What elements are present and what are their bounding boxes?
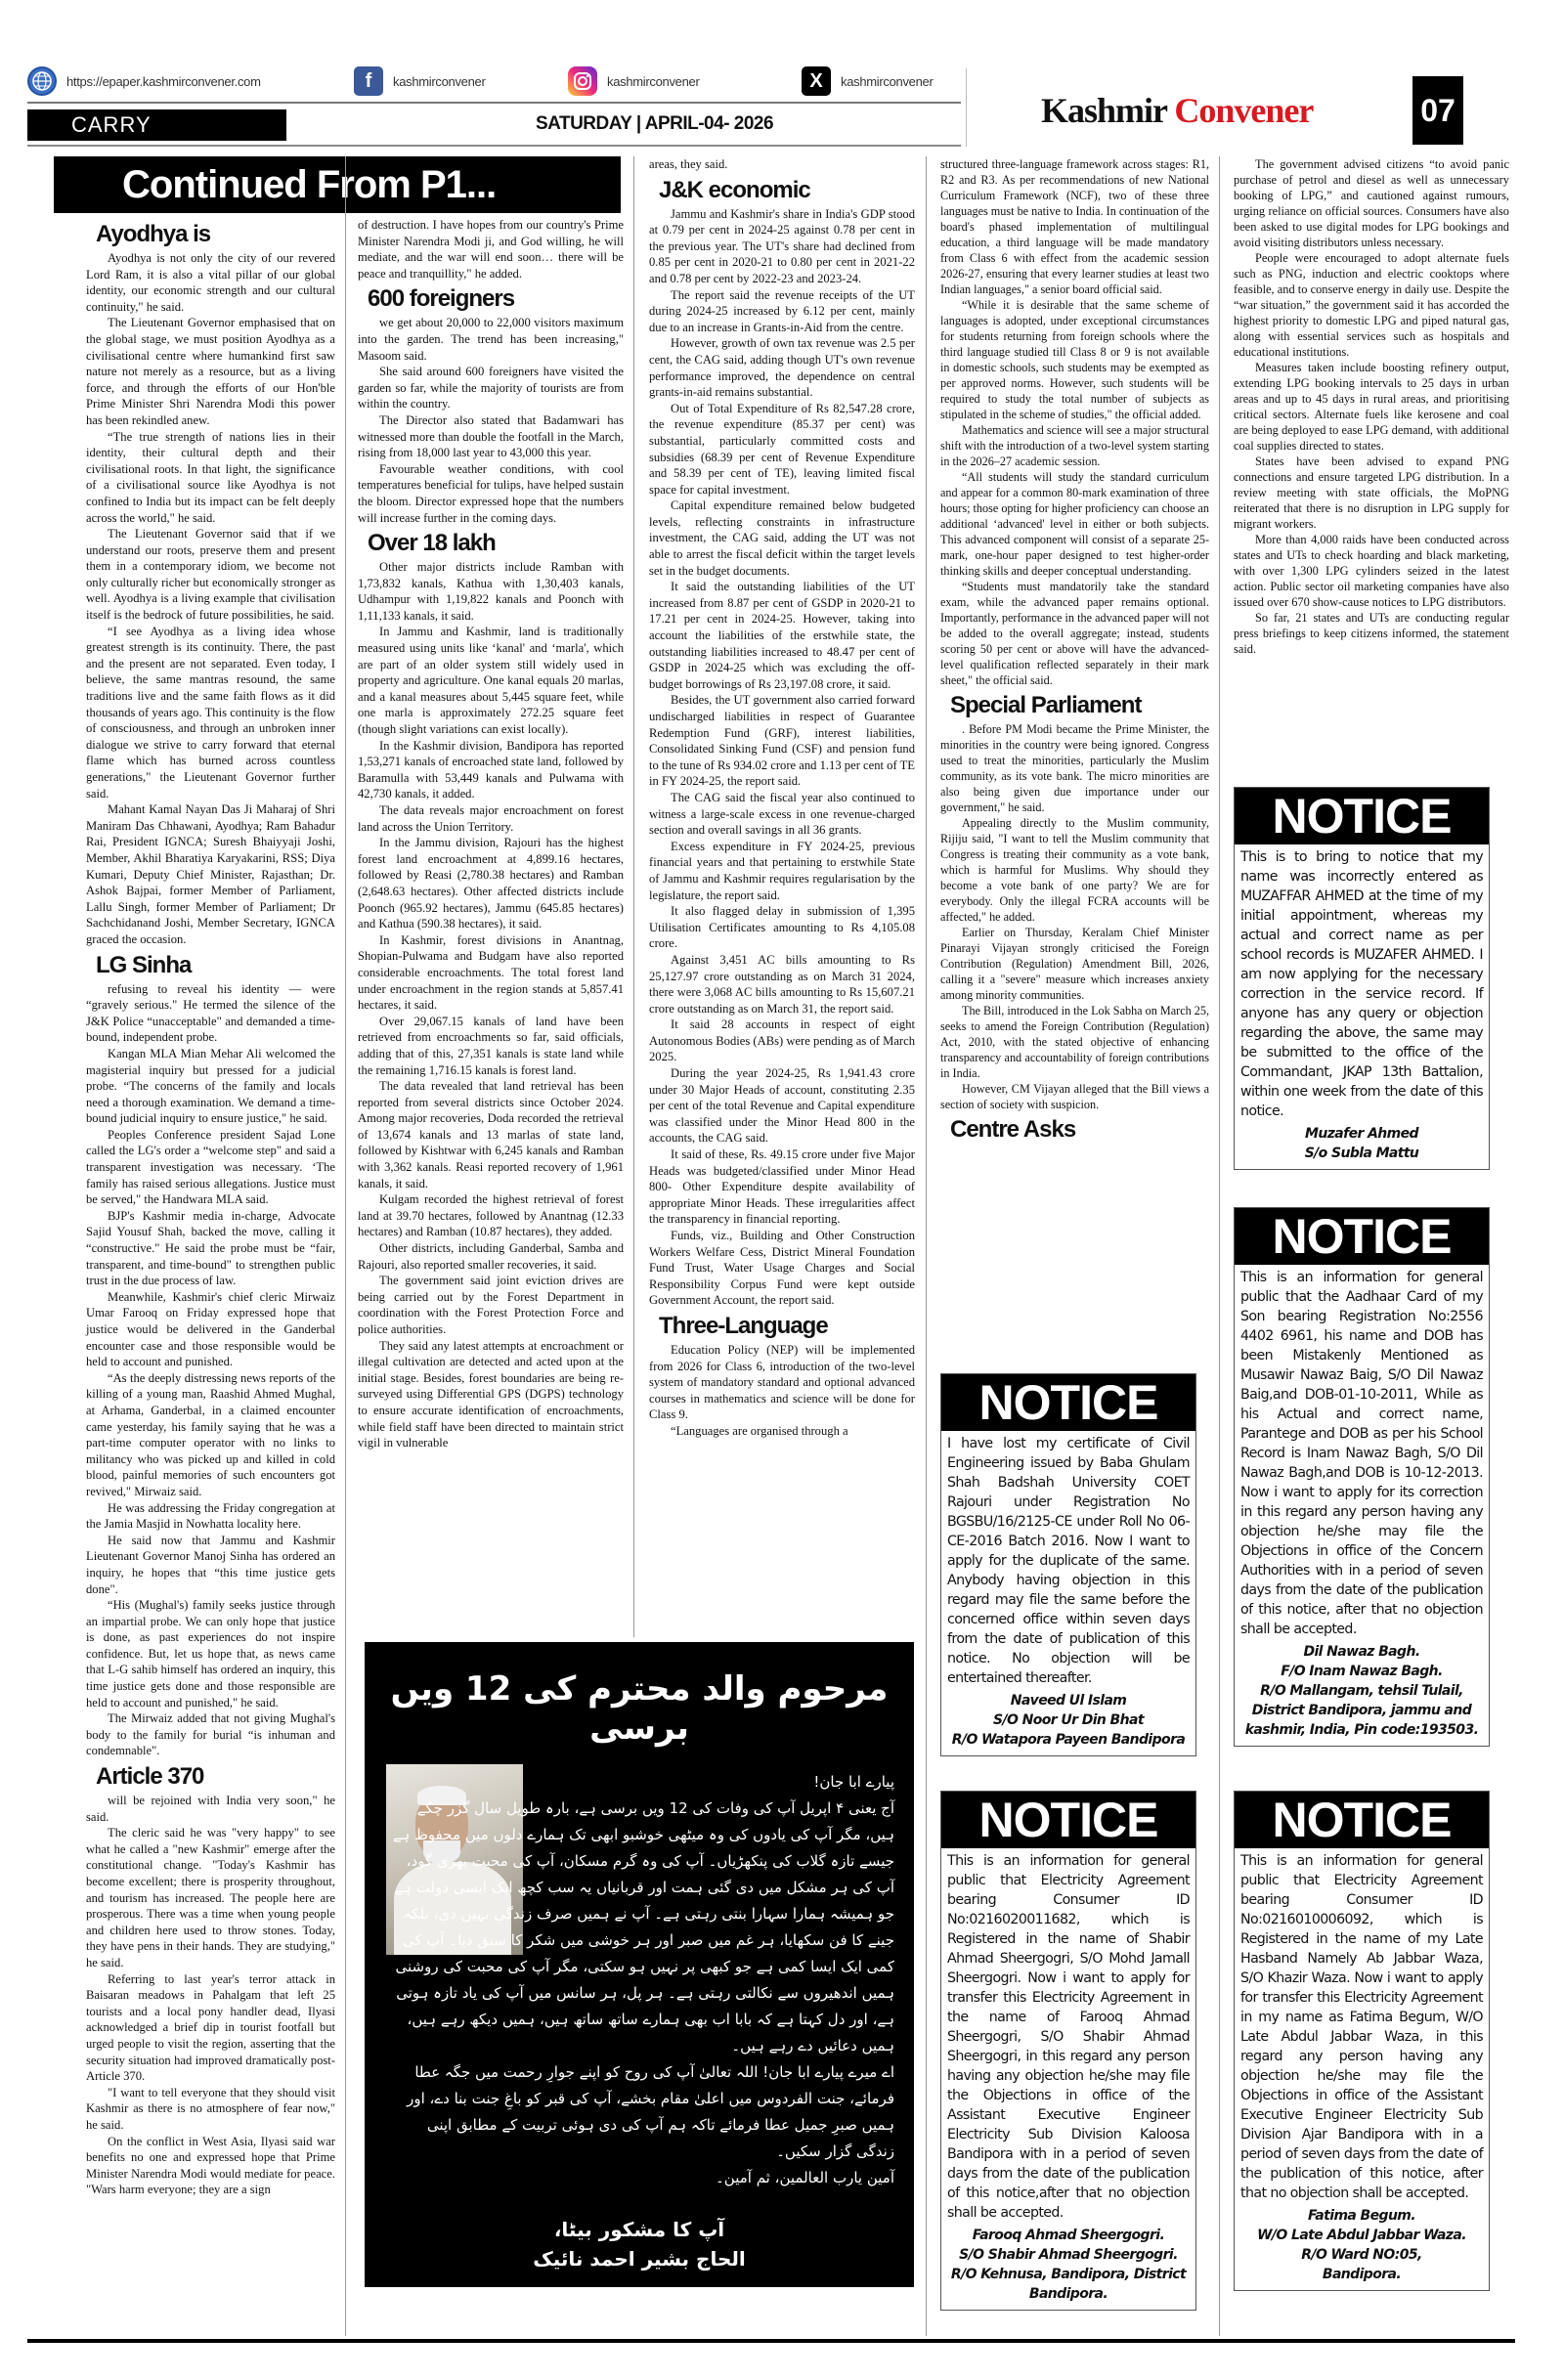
signature-line: Bandipora. [1238,2265,1485,2284]
signature-line: R/O Mallangam, tehsil Tulail, [1238,1681,1485,1701]
article-paragraph: He said now that Jammu and Kashmir Lieut… [86,1533,335,1597]
signature-line: R/O Watapora Payeen Bandipora [945,1730,1192,1750]
website-link[interactable]: https://epaper.kashmirconvener.com [27,66,330,96]
article-paragraph: Out of Total Expenditure of Rs 82,547.28… [649,401,915,498]
article-paragraph: Against 3,451 AC bills amounting to Rs 2… [649,952,915,1017]
article-paragraph: will be rejoined with India very soon," … [86,1793,335,1825]
signature-line: F/O Inam Nawaz Bagh. [1238,1662,1485,1681]
urdu-sign-name: الحاج بشیر احمد نائیک [365,2244,914,2273]
website-url: https://epaper.kashmirconvener.com [66,74,261,89]
article-paragraph: On the conflict in West Asia, Ilyasi sai… [86,2134,335,2198]
heading-ayodhya: Ayodhya is [96,221,335,248]
section-tag: CARRY [27,109,286,141]
notice-title: NOTICE [1235,1792,1489,1848]
heading-centre-asks: Centre Asks [950,1116,1209,1144]
masthead-convener: Convener [1174,91,1313,130]
article-paragraph: In Jammu and Kashmir, land is traditiona… [358,624,624,737]
article-paragraph: Meanwhile, Kashmir's chief cleric Mirwai… [86,1289,335,1370]
article-paragraph: The data revealed that land retrieval ha… [358,1078,624,1191]
article-paragraph: The report said the revenue receipts of … [649,287,915,336]
article-paragraph: Referring to last year's terror attack i… [86,1971,335,2085]
header-divider [966,68,967,147]
column-divider [926,156,927,2336]
article-paragraph: . Before PM Modi became the Prime Minist… [940,721,1209,815]
column-1: Ayodhya is Ayodhya is not only the city … [86,217,335,2198]
notice-electricity-transfer-2: NOTICE This is an information for genera… [1234,1791,1490,2291]
article-paragraph: Funds, viz., Building and Other Construc… [649,1228,915,1309]
article-paragraph: refusing to reveal his identity — were “… [86,981,335,1046]
article-paragraph: The Director also stated that Badamwari … [358,412,624,461]
article-paragraph: During the year 2024-25, Rs 1,941.43 cro… [649,1065,915,1147]
urdu-ad-signature: آپ کا مشکور بیٹا، الحاج بشیر احمد نائیک [365,2215,914,2273]
column-2: of destruction. I have hopes from our co… [358,217,624,1451]
notice-aadhaar-correction: NOTICE This is an information for genera… [1234,1207,1490,1747]
notice-body: This is an information for general publi… [1235,1265,1489,1642]
notice-body: This is an information for general publi… [941,1848,1195,2226]
article-paragraph: “The true strength of nations lies in th… [86,429,335,527]
article-paragraph: Measures taken include boosting refinery… [1234,360,1509,454]
notice-signature: Farooq Ahmad Sheergogri. S/O Shabir Ahma… [941,2226,1195,2310]
article-paragraph: BJP's Kashmir media in-charge, Advocate … [86,1208,335,1289]
column-3: areas, they said. J&K economic Jammu and… [649,156,915,1440]
signature-line: kashmir, India, Pin code:193503. [1238,1720,1485,1740]
urdu-greeting: پیارے ابا جان! [386,1769,894,1796]
notice-signature: Naveed Ul Islam S/O Noor Ur Din Bhat R/O… [941,1691,1195,1755]
facebook-icon: f [354,66,383,96]
heading-600-foreigners: 600 foreigners [368,285,624,313]
column-divider [1219,156,1220,2336]
column-divider [345,156,346,2336]
x-link[interactable]: X kashmirconvener [802,66,934,96]
x-handle: kashmirconvener [841,74,934,89]
notice-title: NOTICE [1235,1208,1489,1265]
article-paragraph: structured three-language framework acro… [940,156,1209,297]
column-4: structured three-language framework acro… [940,156,1209,1146]
article-paragraph: we get about 20,000 to 22,000 visitors m… [358,315,624,364]
article-paragraph: The Mirwaiz added that not giving Mughal… [86,1710,335,1759]
urdu-paragraph: آمین یارب العالمین، ثم آمین۔ [386,2165,894,2191]
article-paragraph: “All students will study the standard cu… [940,469,1209,579]
article-paragraph: It also flagged delay in submission of 1… [649,903,915,952]
article-paragraph: Ayodhya is not only the city of our reve… [86,250,335,315]
article-paragraph: The government said joint eviction drive… [358,1273,624,1337]
article-paragraph: of destruction. I have hopes from our co… [358,217,624,281]
notice-name-correction: NOTICE This is to bring to notice that m… [1234,787,1490,1170]
instagram-handle: kashmirconvener [607,74,700,89]
facebook-link[interactable]: f kashmirconvener [354,66,544,96]
article-paragraph: Kangan MLA Mian Mehar Ali welcomed the m… [86,1046,335,1127]
notice-title: NOTICE [941,1792,1195,1848]
signature-line: Muzafer Ahmed [1238,1124,1485,1144]
article-paragraph: She said around 600 foreigners have visi… [358,364,624,412]
article-paragraph: “Languages are organised through a [649,1423,915,1440]
urdu-paragraph: آج یعنی ۴ اپریل آپ کی وفات کی 12 ویں برس… [386,1796,894,2059]
notice-signature: Muzafer Ahmed S/o Subla Mattu [1235,1124,1489,1169]
notice-title: NOTICE [941,1374,1195,1431]
article-paragraph: The Bill, introduced in the Lok Sabha on… [940,1003,1209,1081]
heading-jk-economic: J&K economic [659,177,915,204]
article-paragraph: The government advised citizens “to avoi… [1234,156,1509,250]
heading-over-18-lakh: Over 18 lakh [368,530,624,557]
section-bar: CARRY SATURDAY | APRIL-04- 2026 [27,108,961,147]
article-paragraph: Favourable weather conditions, with cool… [358,461,624,526]
article-paragraph: In Kashmir, forest divisions in Anantnag… [358,932,624,1014]
signature-line: W/O Late Abdul Jabbar Waza. [1238,2226,1485,2245]
signature-line: Fatima Begum. [1238,2206,1485,2226]
heading-three-language: Three-Language [659,1313,915,1340]
dateline: SATURDAY | APRIL-04- 2026 [536,113,773,135]
notice-body: This is an information for general publi… [1235,1848,1489,2206]
social-links-bar: https://epaper.kashmirconvener.com f kas… [27,61,961,104]
masthead-kashmir: Kashmir [1041,91,1166,130]
notice-title: NOTICE [1235,788,1489,844]
signature-line: District Bandipora, jammu and [1238,1701,1485,1720]
article-paragraph: Over 29,067.15 kanals of land have been … [358,1014,624,1078]
column-divider [633,156,634,1637]
article-paragraph: “His (Mughal's) family seeks justice thr… [86,1597,335,1710]
article-paragraph: Other districts, including Ganderbal, Sa… [358,1240,624,1273]
article-paragraph: Earlier on Thursday, Keralam Chief Minis… [940,925,1209,1003]
facebook-handle: kashmirconvener [393,74,486,89]
article-paragraph: States have been advised to expand PNG c… [1234,454,1509,532]
urdu-ad-body: پیارے ابا جان! آج یعنی ۴ اپریل آپ کی وفا… [386,1769,894,2191]
heading-lg-sinha: LG Sinha [96,952,335,979]
article-paragraph: Education Policy (NEP) will be implement… [649,1342,915,1423]
column-5: The government advised citizens “to avoi… [1234,156,1509,657]
urdu-sign-line: آپ کا مشکور بیٹا، [365,2215,914,2244]
article-paragraph: “As the deeply distressing news reports … [86,1370,335,1500]
article-paragraph: areas, they said. [649,156,915,173]
article-paragraph: He was addressing the Friday congregatio… [86,1500,335,1533]
article-paragraph: Peoples Conference president Sajad Lone … [86,1127,335,1208]
article-paragraph: "I want to tell everyone that they shoul… [86,2085,335,2134]
instagram-link[interactable]: kashmirconvener [568,66,778,96]
notice-signature: Dil Nawaz Bagh. F/O Inam Nawaz Bagh. R/O… [1235,1642,1489,1746]
x-icon: X [802,66,831,96]
globe-icon [27,66,57,96]
article-paragraph: The cleric said he was "very happy" to s… [86,1825,335,1970]
article-paragraph: They said any latest attempts at encroac… [358,1338,624,1451]
signature-line: Naveed Ul Islam [945,1691,1192,1710]
article-paragraph: Excess expenditure in FY 2024-25, previo… [649,839,915,903]
article-paragraph: In the Jammu division, Rajouri has the h… [358,835,624,932]
page-bottom-rule [27,2339,1515,2343]
signature-line: Dil Nawaz Bagh. [1238,1642,1485,1662]
article-paragraph: More than 4,000 raids have been conducte… [1234,532,1509,610]
article-paragraph: “While it is desirable that the same sch… [940,297,1209,422]
notice-body: This is to bring to notice that my name … [1235,844,1489,1124]
heading-special-parliament: Special Parliament [950,692,1209,719]
heading-article-370: Article 370 [96,1763,335,1791]
instagram-icon [568,66,597,96]
article-paragraph: It said the outstanding liabilities of t… [649,579,915,692]
urdu-paragraph: اے میرے پیارے ابا جان! اللہ تعالیٰ آپ کی… [386,2059,894,2165]
notice-signature: Fatima Begum. W/O Late Abdul Jabbar Waza… [1235,2206,1489,2290]
signature-line: S/o Subla Mattu [1238,1144,1485,1163]
article-paragraph: The Lieutenant Governor said that if we … [86,526,335,624]
urdu-memorial-ad: مرحوم والد محترم کی 12 ویں برسی پیارے اب… [365,1642,914,2287]
article-paragraph: “I see Ayodhya as a living idea whose gr… [86,624,335,802]
article-paragraph: Appealing directly to the Muslim communi… [940,815,1209,925]
signature-line: Farooq Ahmad Sheergogri. [945,2226,1192,2245]
article-paragraph: Kulgam recorded the highest retrieval of… [358,1191,624,1240]
continued-banner: Continued From P1... [54,156,621,213]
article-paragraph: Mathematics and science will see a major… [940,422,1209,469]
article-paragraph: The CAG said the fiscal year also contin… [649,790,915,839]
article-paragraph: Jammu and Kashmir's share in India's GDP… [649,206,915,287]
signature-line: Bandipora. [945,2284,1192,2304]
article-paragraph: It said 28 accounts in respect of eight … [649,1017,915,1065]
article-paragraph: The Lieutenant Governor emphasised that … [86,315,335,428]
article-paragraph: It said of these, Rs. 49.15 crore under … [649,1147,915,1228]
notice-lost-certificate: NOTICE I have lost my certificate of Civ… [940,1373,1196,1756]
urdu-ad-title: مرحوم والد محترم کی 12 ویں برسی [365,1669,914,1748]
article-paragraph: The data reveals major encroachment on f… [358,802,624,835]
notice-body: I have lost my certificate of Civil Engi… [941,1431,1195,1691]
notice-electricity-transfer-1: NOTICE This is an information for genera… [940,1791,1196,2311]
article-paragraph: Other major districts include Ramban wit… [358,559,624,624]
article-paragraph: So far, 21 states and UTs are conducting… [1234,610,1509,657]
article-paragraph: However, growth of own tax revenue was 2… [649,335,915,400]
masthead-logo: Kashmir Convener [1041,90,1313,131]
article-paragraph: Capital expenditure remained below budge… [649,498,915,579]
article-paragraph: Besides, the UT government also carried … [649,692,915,790]
signature-line: S/O Noor Ur Din Bhat [945,1710,1192,1730]
signature-line: R/O Kehnusa, Bandipora, District [945,2265,1192,2284]
article-paragraph: Mahant Kamal Nayan Das Ji Maharaj of Shr… [86,801,335,947]
article-paragraph: People were encouraged to adopt alternat… [1234,250,1509,360]
signature-line: R/O Ward NO:05, [1238,2245,1485,2265]
signature-line: S/O Shabir Ahmad Sheergogri. [945,2245,1192,2265]
article-paragraph: However, CM Vijayan alleged that the Bil… [940,1081,1209,1112]
page-number: 07 [1412,76,1463,145]
article-paragraph: In the Kashmir division, Bandipora has r… [358,738,624,802]
article-paragraph: “Students must mandatorily take the stan… [940,579,1209,688]
